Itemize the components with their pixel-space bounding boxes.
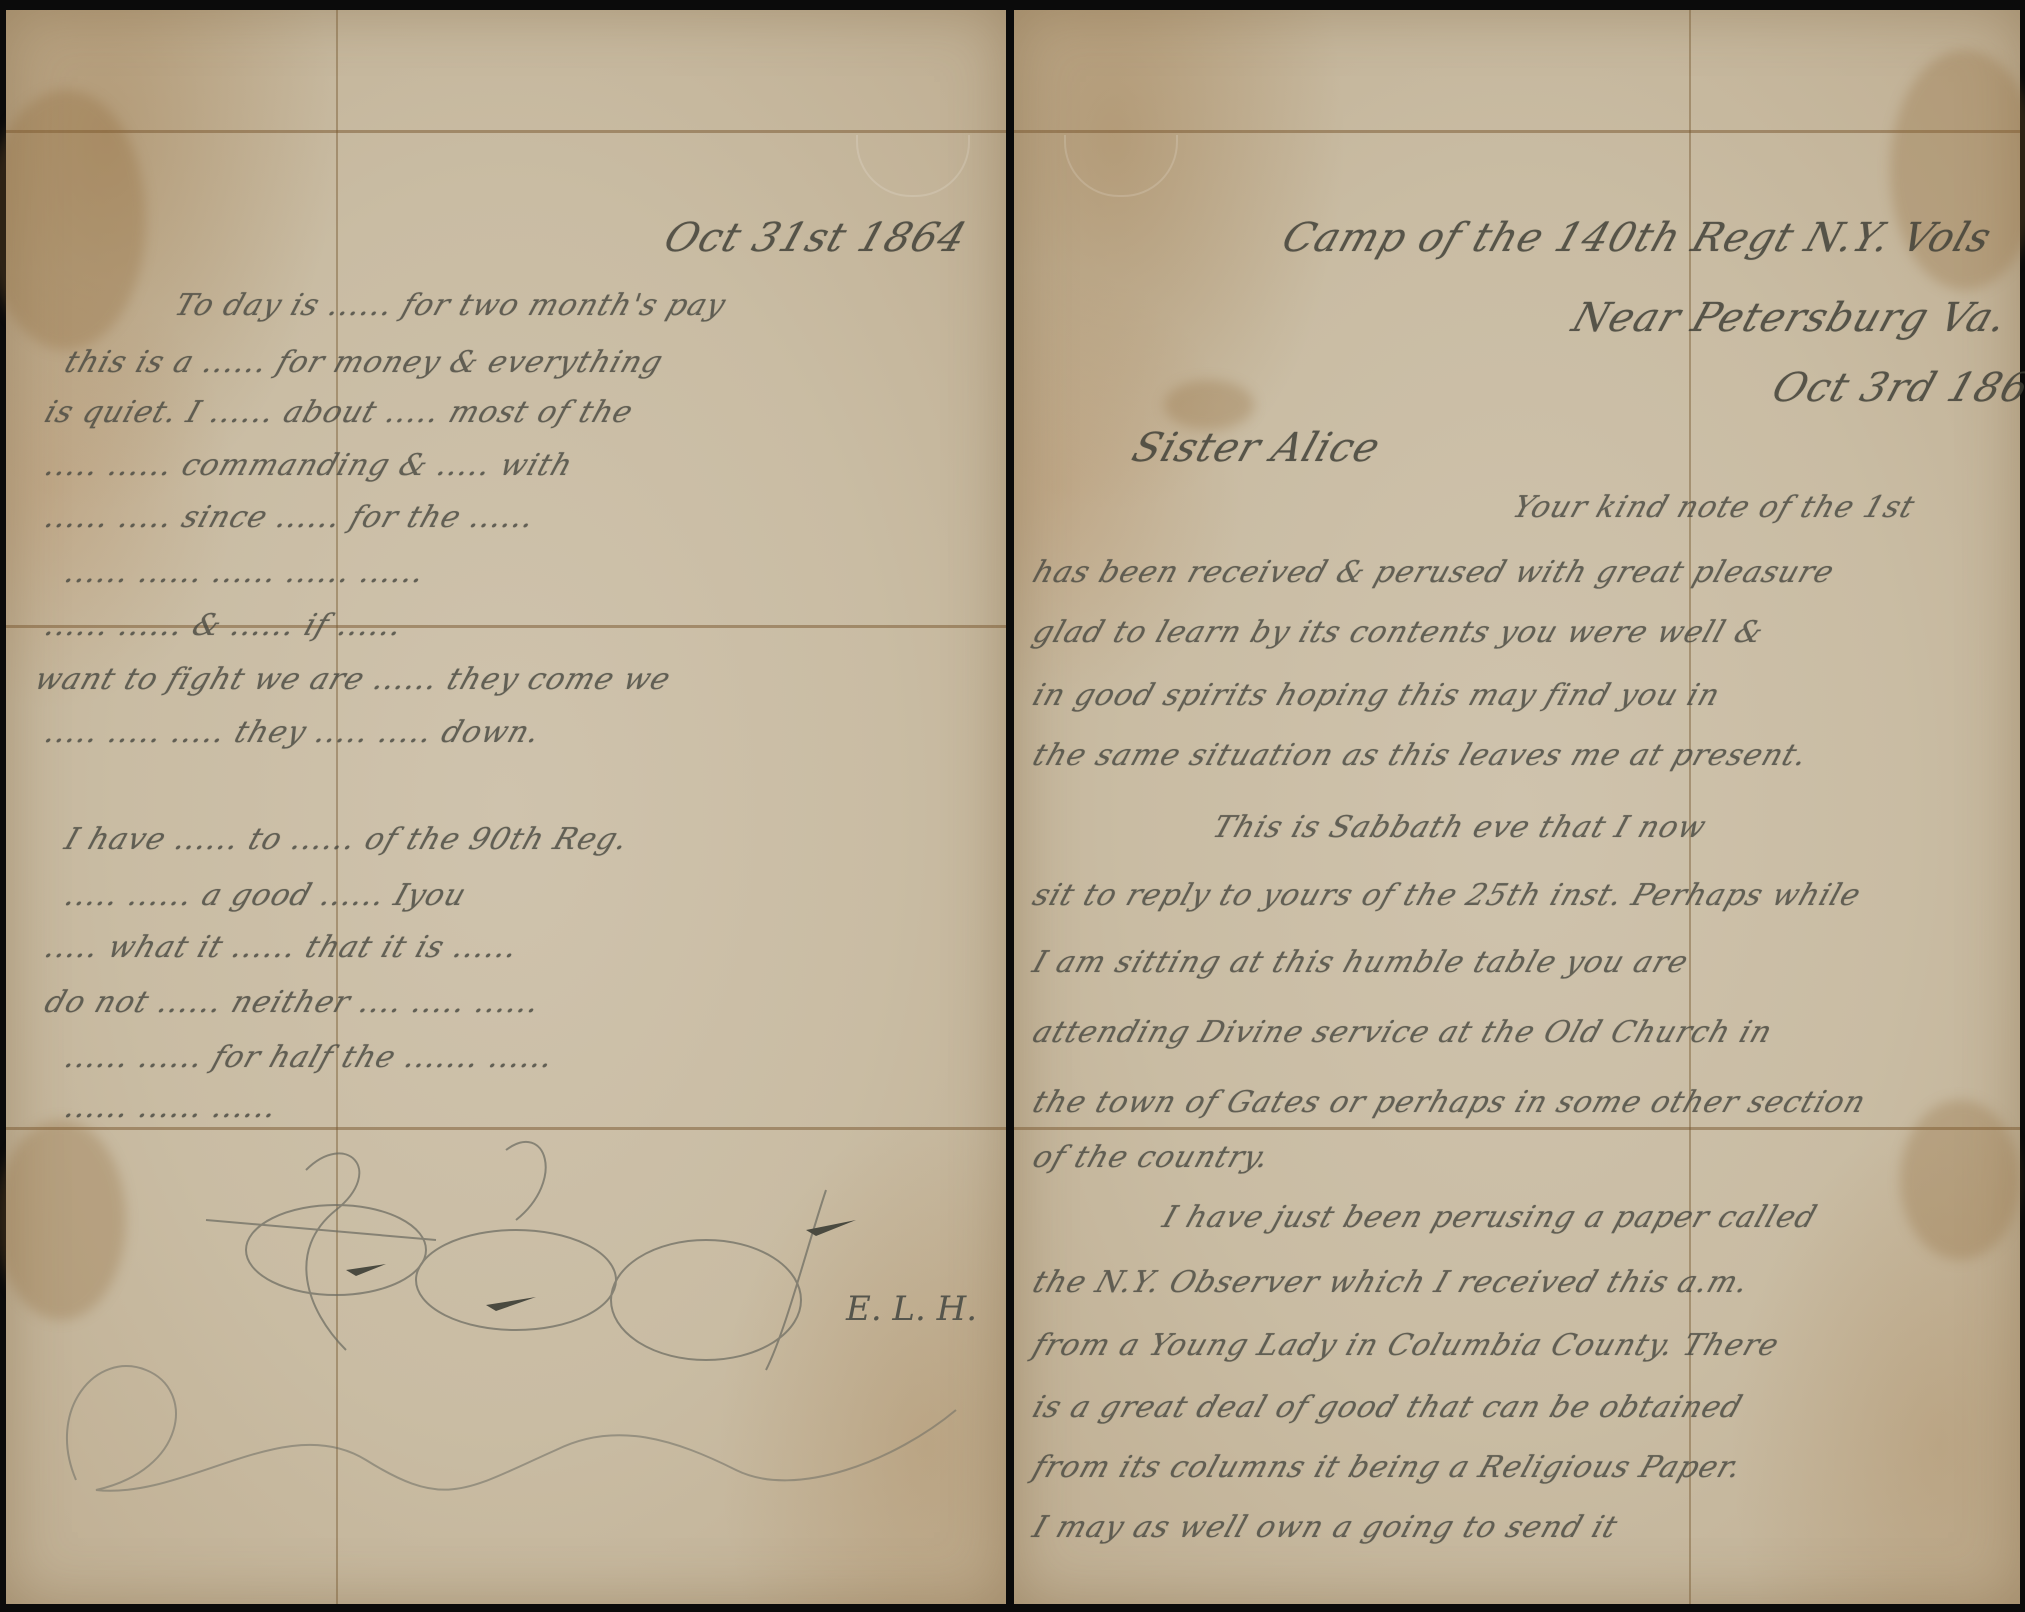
text-line: do not ...... neither .... ..... ...... (40, 985, 545, 1020)
text-line: To day is ...... for two month's pay (170, 288, 730, 323)
salutation: Sister Alice (1127, 425, 1387, 471)
text-line: This is Sabbath eve that I now (1208, 810, 1711, 845)
ink-stain (1164, 380, 1254, 430)
decorative-flourish-icon (36, 1350, 986, 1510)
text-line: is a great deal of good that can be obta… (1028, 1390, 1747, 1425)
text-line: from its columns it being a Religious Pa… (1028, 1450, 1746, 1485)
right-page: Camp of the 140th Regt N.Y. Vols Near Pe… (1014, 10, 2020, 1604)
fold-line (1014, 130, 2020, 133)
letter-date: Oct 3rd 1864 (1767, 365, 2025, 411)
text-line: I may as well own a going to send it (1028, 1510, 1622, 1545)
text-line: has been received & perused with great p… (1028, 555, 1839, 590)
letter-date: Oct 31st 1864 (659, 215, 973, 261)
water-stain (0, 1120, 126, 1320)
water-stain (0, 90, 146, 350)
embossed-stamp-icon (1064, 135, 1178, 197)
text-line: ..... ...... commanding & ..... with (40, 448, 577, 483)
svg-text:E. L. H. Miller: E. L. H. Miller (845, 1289, 986, 1329)
text-line: I am sitting at this humble table you ar… (1028, 945, 1693, 980)
water-stain (1900, 1100, 2020, 1260)
text-line: want to fight we are ...... they come we (30, 662, 675, 697)
text-line: the same situation as this leaves me at … (1028, 738, 1812, 773)
text-line: the town of Gates or perhaps in some oth… (1028, 1085, 1870, 1120)
text-line: ..... ..... ..... they ..... ..... down. (40, 715, 545, 750)
text-line: ...... ...... & ...... if ...... (40, 608, 407, 643)
text-line: in good spirits hoping this may find you… (1028, 678, 1725, 713)
text-line: glad to learn by its contents you were w… (1028, 615, 1768, 650)
text-line: ...... ..... since ...... for the ...... (40, 500, 539, 535)
text-line: from a Young Lady in Columbia County. Th… (1028, 1328, 1783, 1363)
text-line: of the country. (1028, 1140, 1274, 1175)
text-line: Your kind note of the 1st (1508, 490, 1919, 525)
text-line: the N.Y. Observer which I received this … (1028, 1265, 1753, 1300)
letter-heading-location: Near Petersburg Va. (1567, 295, 2014, 341)
text-line: I have ...... to ...... of the 90th Reg. (60, 822, 633, 857)
left-page: Oct 31st 1864 To day is ...... for two m… (6, 10, 1006, 1604)
text-line: attending Divine service at the Old Chur… (1028, 1015, 1777, 1050)
text-line: ...... ...... for half the ....... .....… (60, 1040, 559, 1075)
text-line: sit to reply to yours of the 25th inst. … (1028, 878, 1865, 913)
text-line: ..... ...... a good ...... Iyou (60, 878, 471, 913)
text-line: is quiet. I ...... about ..... most of t… (40, 395, 638, 430)
embossed-stamp-icon (856, 135, 970, 197)
fold-line (1014, 1127, 2020, 1130)
fold-line (6, 130, 1006, 133)
letter-heading-camp: Camp of the 140th Regt N.Y. Vols (1277, 215, 1998, 261)
text-line: this is a ...... for money & everything (60, 345, 668, 380)
text-line: ...... ...... ...... (60, 1090, 282, 1125)
text-line: ...... ...... ...... ...... ...... (60, 555, 430, 590)
text-line: ..... what it ...... that it is ...... (40, 930, 523, 965)
text-line: I have just been perusing a paper called (1158, 1200, 1821, 1235)
